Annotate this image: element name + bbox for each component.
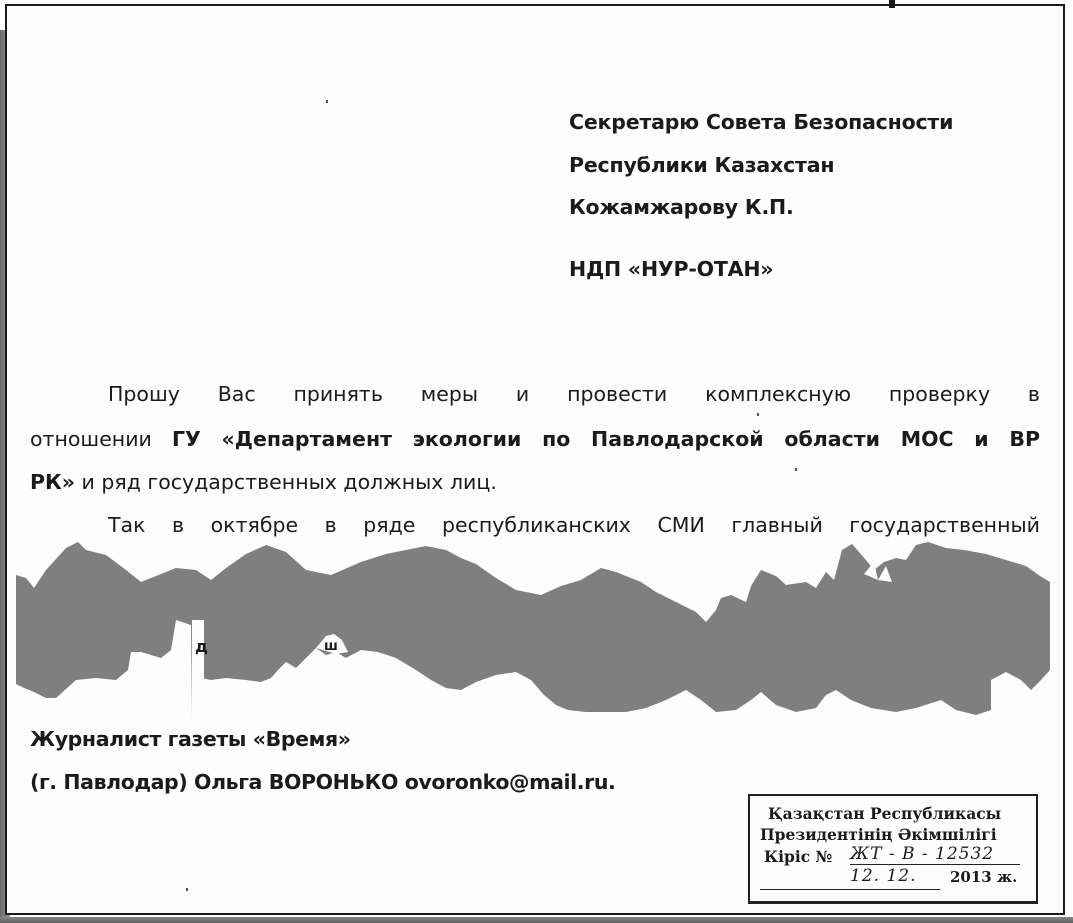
- stamp-incoming-number: ЖТ - В - 12532: [850, 844, 1020, 865]
- addressee-line-1: Секретарю Совета Безопасности: [569, 110, 953, 134]
- addressee-line-2: Республики Казахстан: [569, 153, 834, 177]
- scan-shadow-bottom: [0, 917, 1073, 923]
- body-line-2-prefix: отношении: [30, 427, 172, 451]
- scan-speck: [186, 888, 188, 891]
- svg-text:д: д: [195, 637, 208, 656]
- addressee-line-3: Кожамжарову К.П.: [569, 195, 794, 219]
- stamp-year: 2013 ж.: [950, 868, 1017, 886]
- body-line-3-rest: и ряд государственных должных лиц.: [75, 470, 497, 494]
- body-line-3: РК» и ряд государственных должных лиц.: [30, 470, 1040, 494]
- signature-title: Журналист газеты «Время»: [30, 727, 351, 751]
- signature-name-email: (г. Павлодар) Ольга ВОРОНЬКО ovoronko@ma…: [30, 770, 615, 794]
- scan-speck: [757, 413, 759, 416]
- stamp-line-1: Қазақстан Республикасы: [768, 804, 1001, 823]
- stamp-incoming-label: Кіріс №: [764, 847, 832, 866]
- stamp-date-underline: [760, 889, 940, 890]
- incoming-registration-stamp: Қазақстан Республикасы Президентінің Әкі…: [748, 794, 1038, 904]
- organization-name: ГУ «Департамент экологии по Павлодарской…: [172, 427, 1040, 451]
- body-line-1: Прошу Вас принять меры и провести компле…: [108, 382, 1040, 406]
- stamp-date: 12. 12.: [850, 866, 916, 886]
- organization-name-end: РК»: [30, 470, 75, 494]
- scan-speck: [326, 100, 328, 103]
- scan-speck: [795, 468, 797, 471]
- body-line-2: отношении ГУ «Департамент экологии по Па…: [30, 427, 1040, 451]
- body-line-4: Так в октябре в ряде республиканских СМИ…: [108, 513, 1040, 537]
- frame-tick-mark: [889, 0, 895, 8]
- addressee-party: НДП «НУР-ОТАН»: [569, 257, 773, 281]
- stamp-line-2: Президентінің Әкімшілігі: [760, 825, 997, 844]
- svg-text:ш: ш: [324, 639, 338, 654]
- redaction-block: д ш: [16, 540, 1066, 720]
